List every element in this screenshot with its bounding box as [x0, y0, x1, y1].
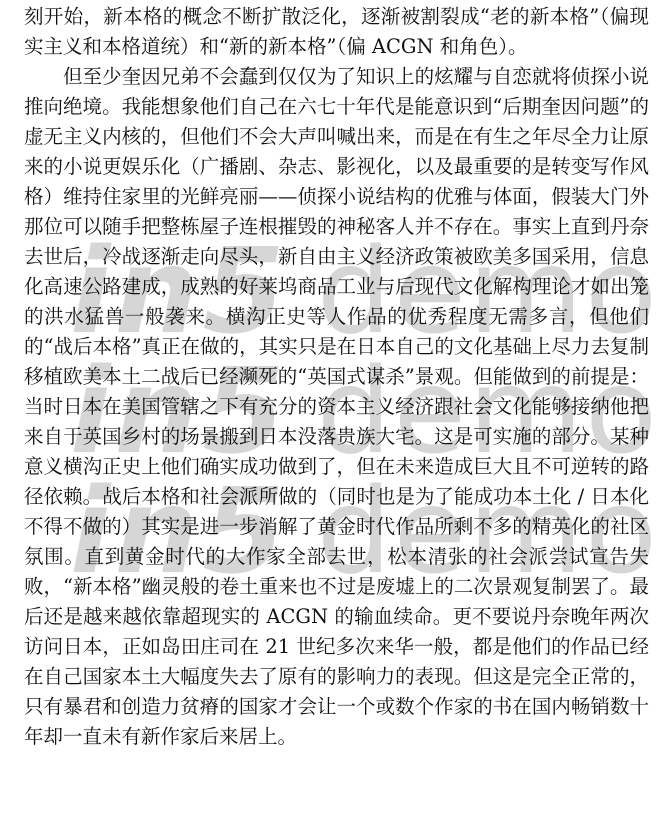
paragraph: 刻开始，新本格的概念不断扩散泛化，逐渐被割裂成“老的新本格”（偏现实主义和本格道…: [24, 2, 649, 62]
paragraph: 但至少奎因兄弟不会蠢到仅仅为了知识上的炫耀与自恋就将侦探小说推向绝境。我能想象他…: [24, 62, 649, 752]
document-page: in5demo in5demo in5demo 刻开始，新本格的概念不断扩散泛化…: [0, 0, 669, 819]
document-body: 刻开始，新本格的概念不断扩散泛化，逐渐被割裂成“老的新本格”（偏现实主义和本格道…: [24, 2, 649, 752]
